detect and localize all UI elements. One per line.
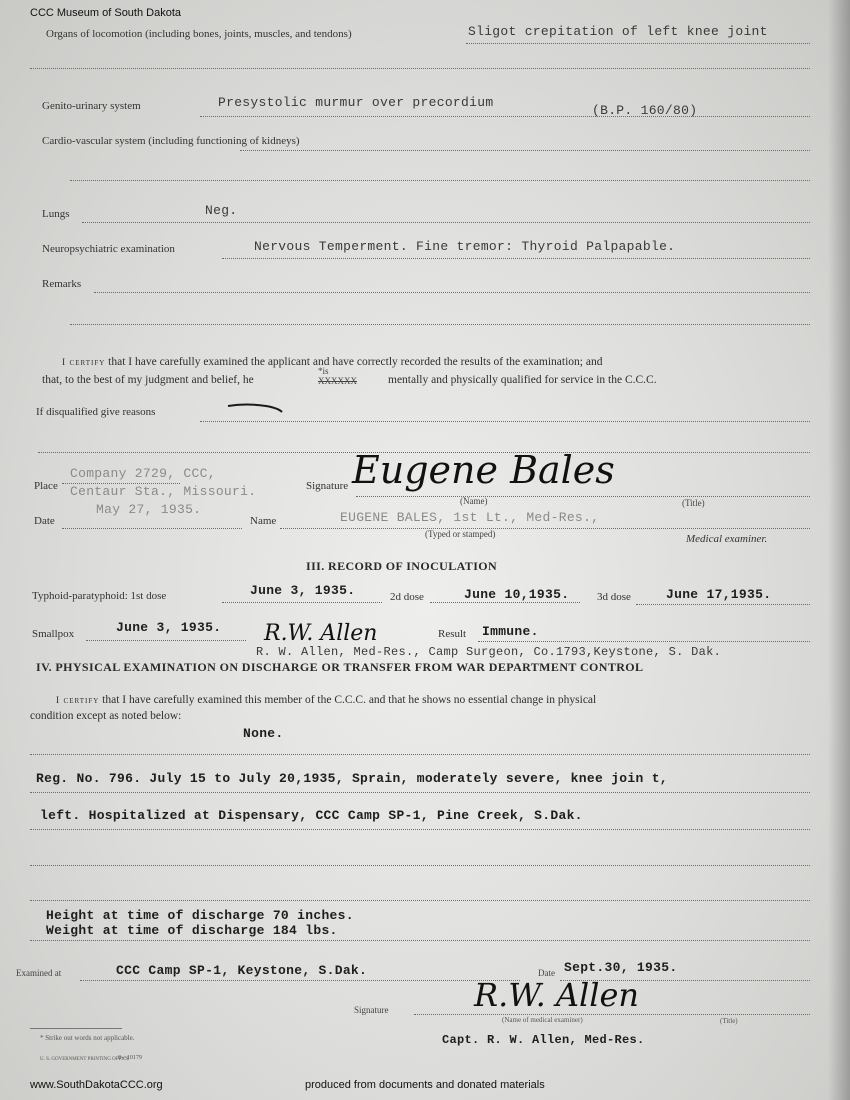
dose-2-label: 2d dose xyxy=(390,591,424,603)
date-value: May 27, 1935. xyxy=(96,502,201,517)
name-value: EUGENE BALES, 1st Lt., Med-Res., xyxy=(340,510,599,525)
certify-line-2-pre: that, to the best of my judgment and bel… xyxy=(42,373,342,388)
smallpox-line xyxy=(86,640,246,641)
disqualified-label: If disqualified give reasons xyxy=(36,406,155,418)
neuro-value: Nervous Temperment. Fine tremor: Thyroid… xyxy=(254,239,675,254)
remarks-line xyxy=(94,292,810,293)
allen-signature: R.W. Allen xyxy=(474,976,639,1014)
examined-at-value: CCC Camp SP-1, Keystone, S.Dak. xyxy=(116,963,367,978)
dose-1-line xyxy=(222,602,382,603)
result-value: Immune. xyxy=(482,624,539,639)
discharge-certify-line-2: condition except as noted below: xyxy=(30,709,430,724)
lungs-line xyxy=(82,222,810,223)
surgeon-line: R. W. Allen, Med-Res., Camp Surgeon, Co.… xyxy=(256,645,721,659)
footnote-text: * Strike out words not applicable. xyxy=(40,1034,134,1042)
dose-3-line xyxy=(636,604,810,605)
place-label: Place xyxy=(34,480,58,492)
typed-caption: (Typed or stamped) xyxy=(425,529,495,539)
title-caption: (Title) xyxy=(682,498,705,508)
discharge-heading: IV. PHYSICAL EXAMINATION ON DISCHARGE OR… xyxy=(36,660,643,675)
smallpox-value: June 3, 1935. xyxy=(116,620,221,635)
none-value: None. xyxy=(243,726,284,741)
disqualified-line xyxy=(200,421,810,422)
examiner-typed-name: Capt. R. W. Allen, Med-Res. xyxy=(442,1033,645,1047)
lungs-value: Neg. xyxy=(205,203,237,218)
examiner-name-caption: (Name of medical examiner) xyxy=(502,1016,583,1024)
genito-label: Genito-urinary system xyxy=(42,100,141,112)
cardio-label: Cardio-vascular system (including functi… xyxy=(42,135,300,147)
is-not-option-struck: XXXXXX xyxy=(318,376,357,386)
locomotion-label: Organs of locomotion (including bones, j… xyxy=(46,28,352,40)
is-bracket: *is XXXXXX xyxy=(318,366,357,386)
museum-watermark: CCC Museum of South Dakota xyxy=(30,7,181,19)
typhoid-label: Typhoid-paratyphoid: 1st dose xyxy=(32,590,166,602)
blank-line xyxy=(70,180,810,181)
typhoid-dose-2: June 10,1935. xyxy=(464,587,569,602)
date-label: Date xyxy=(34,515,55,527)
genito-line xyxy=(200,116,810,117)
blank-line xyxy=(70,324,810,325)
certify-lead: I certify xyxy=(62,358,105,368)
examiner-caption: Medical examiner. xyxy=(686,533,767,545)
dose-2-line xyxy=(430,602,580,603)
neuro-label: Neuropsychiatric examination xyxy=(42,243,175,255)
result-line xyxy=(478,641,810,642)
genito-value: Presystolic murmur over precordium xyxy=(218,95,493,110)
height-line: Height at time of discharge 70 inches. xyxy=(46,908,354,923)
footnote-rule xyxy=(30,1028,122,1029)
blank-line xyxy=(30,68,810,69)
lungs-label: Lungs xyxy=(42,208,70,220)
inoculation-heading: III. RECORD OF INOCULATION xyxy=(306,559,497,574)
result-label: Result xyxy=(438,628,466,640)
source-note-watermark: produced from documents and donated mate… xyxy=(305,1079,545,1091)
note-line-2-rule xyxy=(30,829,810,830)
discharge-date-value: Sept.30, 1935. xyxy=(564,960,677,975)
name-caption: (Name) xyxy=(460,496,487,506)
signature-line xyxy=(356,496,810,497)
examined-at-line xyxy=(80,980,520,981)
certify-paragraph-1: I certify that I have carefully examined… xyxy=(62,355,822,371)
name-line xyxy=(280,528,810,529)
name-label: Name xyxy=(250,515,276,527)
smallpox-label: Smallpox xyxy=(32,628,74,640)
weight-line: Weight at time of discharge 184 lbs. xyxy=(46,923,338,938)
blank-line xyxy=(30,865,810,866)
blank-line xyxy=(30,754,810,755)
examined-at-label: Examined at xyxy=(16,968,61,978)
place-line xyxy=(62,483,180,484)
note-line-2: left. Hospitalized at Dispensary, CCC Ca… xyxy=(40,808,583,823)
place-line-2: Centaur Sta., Missouri. xyxy=(70,484,256,499)
note-line-1-rule xyxy=(30,792,810,793)
typhoid-dose-1: June 3, 1935. xyxy=(250,583,355,598)
date-line xyxy=(62,528,242,529)
is-option: *is xyxy=(318,366,357,376)
locomotion-line xyxy=(466,43,810,44)
discharge-certify-lead: I certify xyxy=(56,696,99,706)
discharge-certify-paragraph: I certify that I have carefully examined… xyxy=(56,693,816,709)
discharge-signature-line xyxy=(414,1014,810,1015)
blank-line xyxy=(30,900,810,901)
certify-line-2-post: mentally and physically qualified for se… xyxy=(388,373,808,388)
examiner-signature: Eugene Bales xyxy=(352,448,615,492)
allen-initials-signature: R.W. Allen xyxy=(264,621,377,646)
blank-line xyxy=(30,940,810,941)
scan-edge-shadow xyxy=(828,0,850,1100)
neuro-line xyxy=(222,258,810,259)
locomotion-value: Sligot crepitation of left knee joint xyxy=(468,24,768,39)
remarks-label: Remarks xyxy=(42,278,81,290)
form-number: 8—10179 xyxy=(118,1055,142,1061)
printing-office: U. S. GOVERNMENT PRINTING OFFICE xyxy=(40,1057,129,1062)
dash-mark-icon xyxy=(226,400,286,414)
place-line-1: Company 2729, CCC, xyxy=(70,466,216,481)
discharge-signature-label: Signature xyxy=(354,1005,389,1015)
signature-label: Signature xyxy=(306,480,348,492)
discharge-title-caption: (Title) xyxy=(720,1017,738,1025)
cardio-line xyxy=(240,150,810,151)
discharge-certify-line-1: that I have carefully examined this memb… xyxy=(102,694,596,706)
typhoid-dose-3: June 17,1935. xyxy=(666,587,771,602)
dose-3-label: 3d dose xyxy=(597,591,631,603)
website-watermark: www.SouthDakotaCCC.org xyxy=(30,1079,163,1091)
note-line-1: Reg. No. 796. July 15 to July 20,1935, S… xyxy=(36,771,668,786)
